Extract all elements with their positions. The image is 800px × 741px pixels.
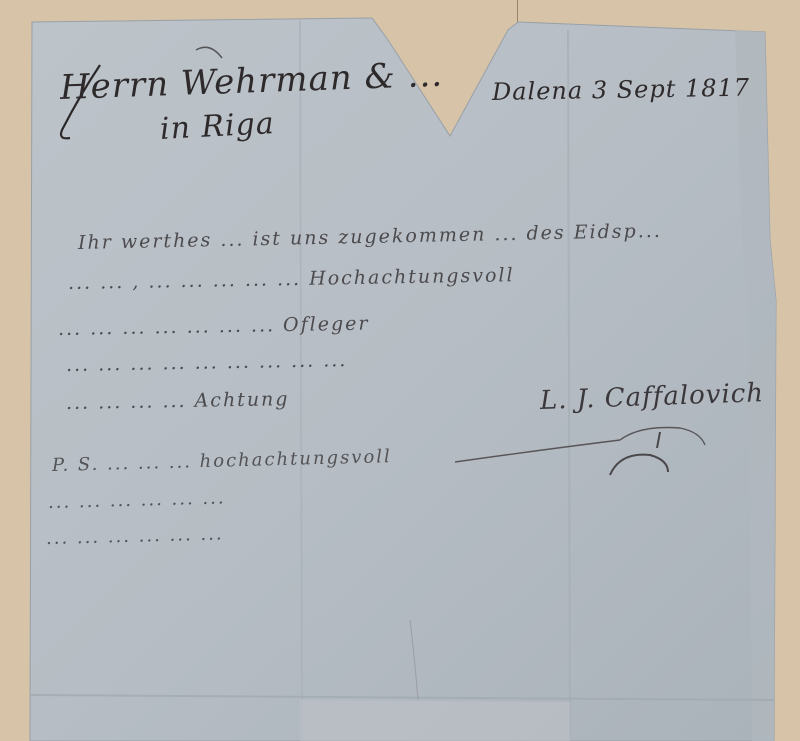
dateline: Dalena 3 Sept 1817 [492, 73, 751, 106]
body-line: ... ... ... ... Achtung [66, 388, 290, 414]
letter-sheet: Herrn Wehrman & ... in Riga Dalena 3 Sep… [0, 0, 800, 741]
recipient-city: in Riga [159, 106, 275, 147]
